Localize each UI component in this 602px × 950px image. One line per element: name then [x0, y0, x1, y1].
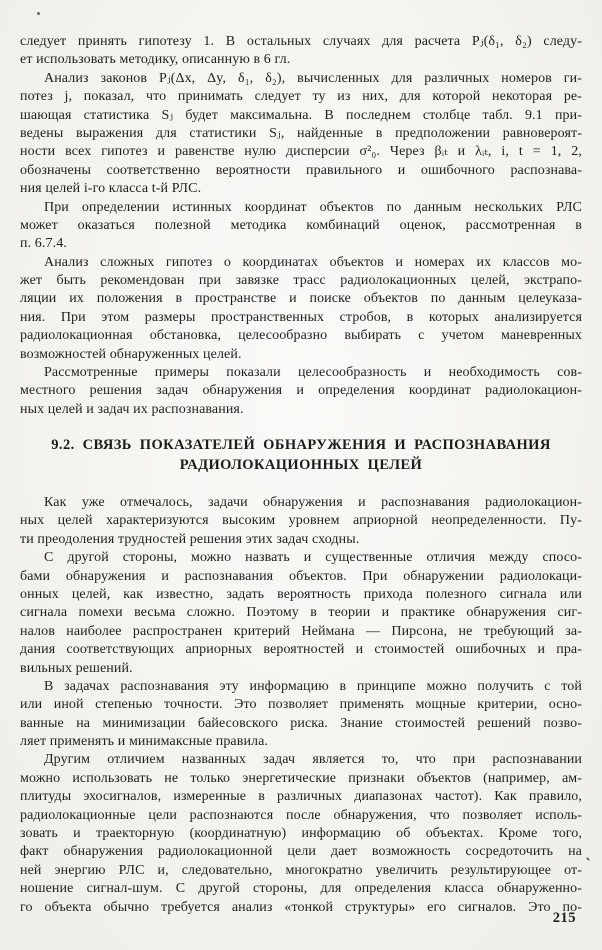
- text-line: ванные на минимизации байесовского риска…: [20, 715, 582, 733]
- text-line: Рассмотренные примеры показали целесообр…: [20, 364, 582, 382]
- book-page: следует принять гипотезу 1. В остальных …: [0, 0, 602, 950]
- text-line: плитуды эхосигналов, измеренные в различ…: [20, 788, 582, 806]
- text-line: ношение сигнал-шум. С другой стороны, дл…: [20, 880, 582, 898]
- text-line: При определении истинных координат объек…: [20, 199, 582, 217]
- text-line: радиолокационные цели распознаются после…: [20, 807, 582, 825]
- text-line: С другой стороны, можно назвать и сущест…: [20, 549, 582, 567]
- text-line: ти преодоления трудностей решения этих з…: [20, 531, 582, 549]
- text-line: Анализ законов Pⱼ(Δx, Δy, δ₁, δ₂), вычис…: [20, 70, 582, 88]
- text-line: жет быть рекомендован при завязке трасс …: [20, 272, 582, 290]
- text-line: налов наиболее распространен критерий Не…: [20, 623, 582, 641]
- text-line: ней энергию РЛС и, следовательно, многок…: [20, 862, 582, 880]
- text-line: ных целей и задач их распознавания.: [20, 401, 582, 419]
- text-line: или иной степенью точности. Это позволяе…: [20, 696, 582, 714]
- text-line: вильных решений.: [20, 660, 582, 678]
- section-heading-line2: РАДИОЛОКАЦИОННЫХ ЦЕЛЕЙ: [180, 457, 422, 473]
- text-line: обозначены соответственно вероятности пр…: [20, 162, 582, 180]
- text-line: Анализ сложных гипотез о координатах объ…: [20, 254, 582, 272]
- page-number: 215: [553, 910, 576, 927]
- text-line: возможностей обнаруженных целей.: [20, 346, 582, 364]
- section-heading: 9.2. СВЯЗЬ ПОКАЗАТЕЛЕЙ ОБНАРУЖЕНИЯ И РАС…: [0, 436, 602, 475]
- text-line: онных целей, как известно, задать вероят…: [20, 586, 582, 604]
- text-line: дания соответствующих априорных вероятно…: [20, 641, 582, 659]
- text-line: ляции их положения в пространстве и поис…: [20, 290, 582, 308]
- text-line: может оказаться полезной методика комбин…: [20, 217, 582, 235]
- text-line: ет использовать методику, описанную в 6 …: [20, 51, 582, 69]
- text-line: потез j, показал, что принимать следует …: [20, 88, 582, 106]
- body-text-top: следует принять гипотезу 1. В остальных …: [20, 33, 582, 419]
- text-line: шающая статистика Sⱼ будет максимальна. …: [20, 107, 582, 125]
- text-line: факт обнаружения радиолокационной цели д…: [20, 843, 582, 861]
- text-line: ведены выражения для статистики Sⱼ, найд…: [20, 125, 582, 143]
- scan-speckle: [586, 857, 590, 861]
- body-text-bottom: Как уже отмечалось, задачи обнаружения и…: [20, 494, 582, 917]
- text-line: В задачах распознавания эту информацию в…: [20, 678, 582, 696]
- text-line: зовать и траекторную (координатную) инфо…: [20, 825, 582, 843]
- text-line: ности всех гипотез и равенстве нулю дисп…: [20, 143, 582, 161]
- text-line: ния целей i-го класса t-й РЛС.: [20, 180, 582, 198]
- text-line: можно использовать не только энергетичес…: [20, 770, 582, 788]
- text-line: бами обнаружения и распознавания объекто…: [20, 568, 582, 586]
- text-line: Другим отличием названных задач является…: [20, 751, 582, 769]
- section-heading-line1: 9.2. СВЯЗЬ ПОКАЗАТЕЛЕЙ ОБНАРУЖЕНИЯ И РАС…: [51, 437, 550, 453]
- text-line: ных целей характеризуются высоким уровне…: [20, 512, 582, 530]
- text-line: Как уже отмечалось, задачи обнаружения и…: [20, 494, 582, 512]
- scan-speckle: [37, 12, 40, 15]
- text-line: ляет применять и минимаксные правила.: [20, 733, 582, 751]
- text-line: радиолокационная обстановка, целесообраз…: [20, 327, 582, 345]
- text-line: сигнала помехи весьма сложно. Поэтому в …: [20, 604, 582, 622]
- text-line: местного решения задач обнаружения и опр…: [20, 382, 582, 400]
- text-line: следует принять гипотезу 1. В остальных …: [20, 33, 582, 51]
- text-line: п. 6.7.4.: [20, 235, 582, 253]
- text-line: го объекта обычно требуется анализ «тонк…: [20, 899, 582, 917]
- text-line: ния. При этом размеры пространственных с…: [20, 309, 582, 327]
